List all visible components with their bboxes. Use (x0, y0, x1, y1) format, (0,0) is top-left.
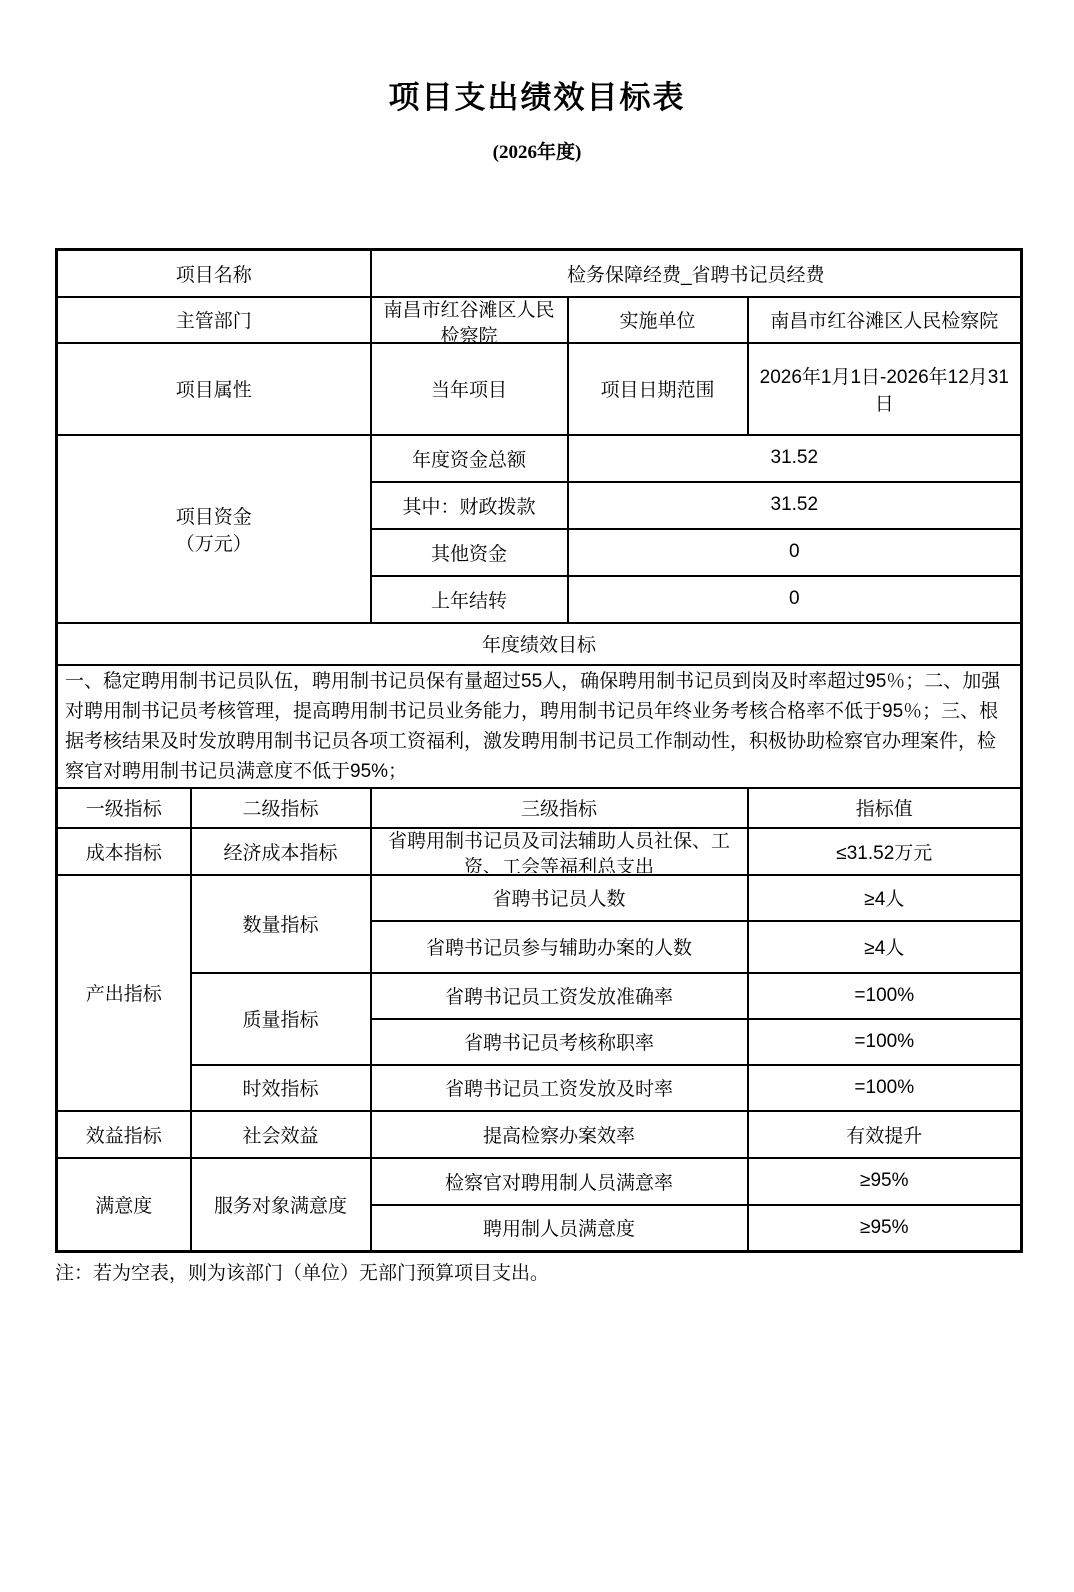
ind-l3: 省聘用制书记员及司法辅助人员社保、工资、工会等福利总支出 (371, 828, 748, 875)
ind-value: =100% (748, 973, 1022, 1019)
ind-l2-quality: 质量指标 (191, 973, 371, 1065)
ind-l1-benefit: 效益指标 (57, 1111, 191, 1158)
funding-row-label: 其中：财政拨款 (371, 482, 568, 529)
ind-l3: 聘用制人员满意度 (371, 1205, 748, 1252)
funding-row-value: 0 (568, 576, 1022, 623)
ind-value: =100% (748, 1065, 1022, 1111)
ind-l1-output: 产出指标 (57, 875, 191, 1111)
ind-value: ≥95% (748, 1158, 1022, 1205)
goals-header: 年度绩效目标 (57, 623, 1022, 665)
header-level1: 一级指标 (57, 788, 191, 828)
funding-label-line2: （万元） (61, 529, 367, 556)
ind-l3: 省聘书记员工资发放及时率 (371, 1065, 748, 1111)
funding-label: 项目资金 （万元） (57, 435, 371, 623)
funding-row-value: 31.52 (568, 482, 1022, 529)
funding-row-value: 0 (568, 529, 1022, 576)
daterange-value: 2026年1月1日-2026年12月31日 (748, 343, 1022, 435)
performance-target-table: 项目名称 检务保障经费_省聘书记员经费 主管部门 南昌市红谷滩区人民检察院 实施… (55, 248, 1023, 1253)
funding-row-value: 31.52 (568, 435, 1022, 482)
funding-row-label: 年度资金总额 (371, 435, 568, 482)
ind-value: ≤31.52万元 (748, 828, 1022, 875)
dept-value: 南昌市红谷滩区人民检察院 (371, 297, 568, 343)
ind-l3: 省聘书记员工资发放准确率 (371, 973, 748, 1019)
funding-label-line1: 项目资金 (61, 502, 367, 529)
page-subtitle: (2026年度) (0, 137, 1074, 164)
ind-l3: 省聘书记员考核称职率 (371, 1019, 748, 1065)
project-name-label: 项目名称 (57, 250, 371, 297)
ind-l2-social: 社会效益 (191, 1111, 371, 1158)
ind-l3: 提高检察办案效率 (371, 1111, 748, 1158)
ind-l3: 省聘书记员人数 (371, 875, 748, 921)
ind-l1-satisfaction: 满意度 (57, 1158, 191, 1252)
attr-value: 当年项目 (371, 343, 568, 435)
footnote: 注：若为空表，则为该部门（单位）无部门预算项目支出。 (55, 1258, 549, 1285)
ind-value: ≥4人 (748, 921, 1022, 973)
page-title: 项目支出绩效目标表 (0, 72, 1074, 117)
header-level2: 二级指标 (191, 788, 371, 828)
ind-value: =100% (748, 1019, 1022, 1065)
ind-value: ≥4人 (748, 875, 1022, 921)
ind-value: 有效提升 (748, 1111, 1022, 1158)
dept-label: 主管部门 (57, 297, 371, 343)
impl-unit-label: 实施单位 (568, 297, 748, 343)
ind-l3: 检察官对聘用制人员满意率 (371, 1158, 748, 1205)
ind-value: ≥95% (748, 1205, 1022, 1252)
goals-text-cell: 一、稳定聘用制书记员队伍，聘用制书记员保有量超过55人，确保聘用制书记员到岗及时… (57, 665, 1022, 788)
ind-l3: 省聘书记员参与辅助办案的人数 (371, 921, 748, 973)
project-name-value: 检务保障经费_省聘书记员经费 (371, 250, 1022, 297)
ind-l1-cost: 成本指标 (57, 828, 191, 875)
header-level3: 三级指标 (371, 788, 748, 828)
goals-text: 一、稳定聘用制书记员队伍，聘用制书记员保有量超过55人，确保聘用制书记员到岗及时… (61, 666, 1017, 787)
header-value: 指标值 (748, 788, 1022, 828)
funding-row-label: 上年结转 (371, 576, 568, 623)
ind-l2-timeliness: 时效指标 (191, 1065, 371, 1111)
attr-label: 项目属性 (57, 343, 371, 435)
daterange-label: 项目日期范围 (568, 343, 748, 435)
ind-l2-quantity: 数量指标 (191, 875, 371, 973)
goal-line-1: 一、稳定聘用制书记员队伍，聘用制书记员保有量超过55人，确保聘用制书记员到岗及时… (65, 671, 924, 692)
ind-l2: 经济成本指标 (191, 828, 371, 875)
funding-row-label: 其他资金 (371, 529, 568, 576)
ind-l2-service-satisfaction: 服务对象满意度 (191, 1158, 371, 1252)
impl-unit-value: 南昌市红谷滩区人民检察院 (748, 297, 1022, 343)
